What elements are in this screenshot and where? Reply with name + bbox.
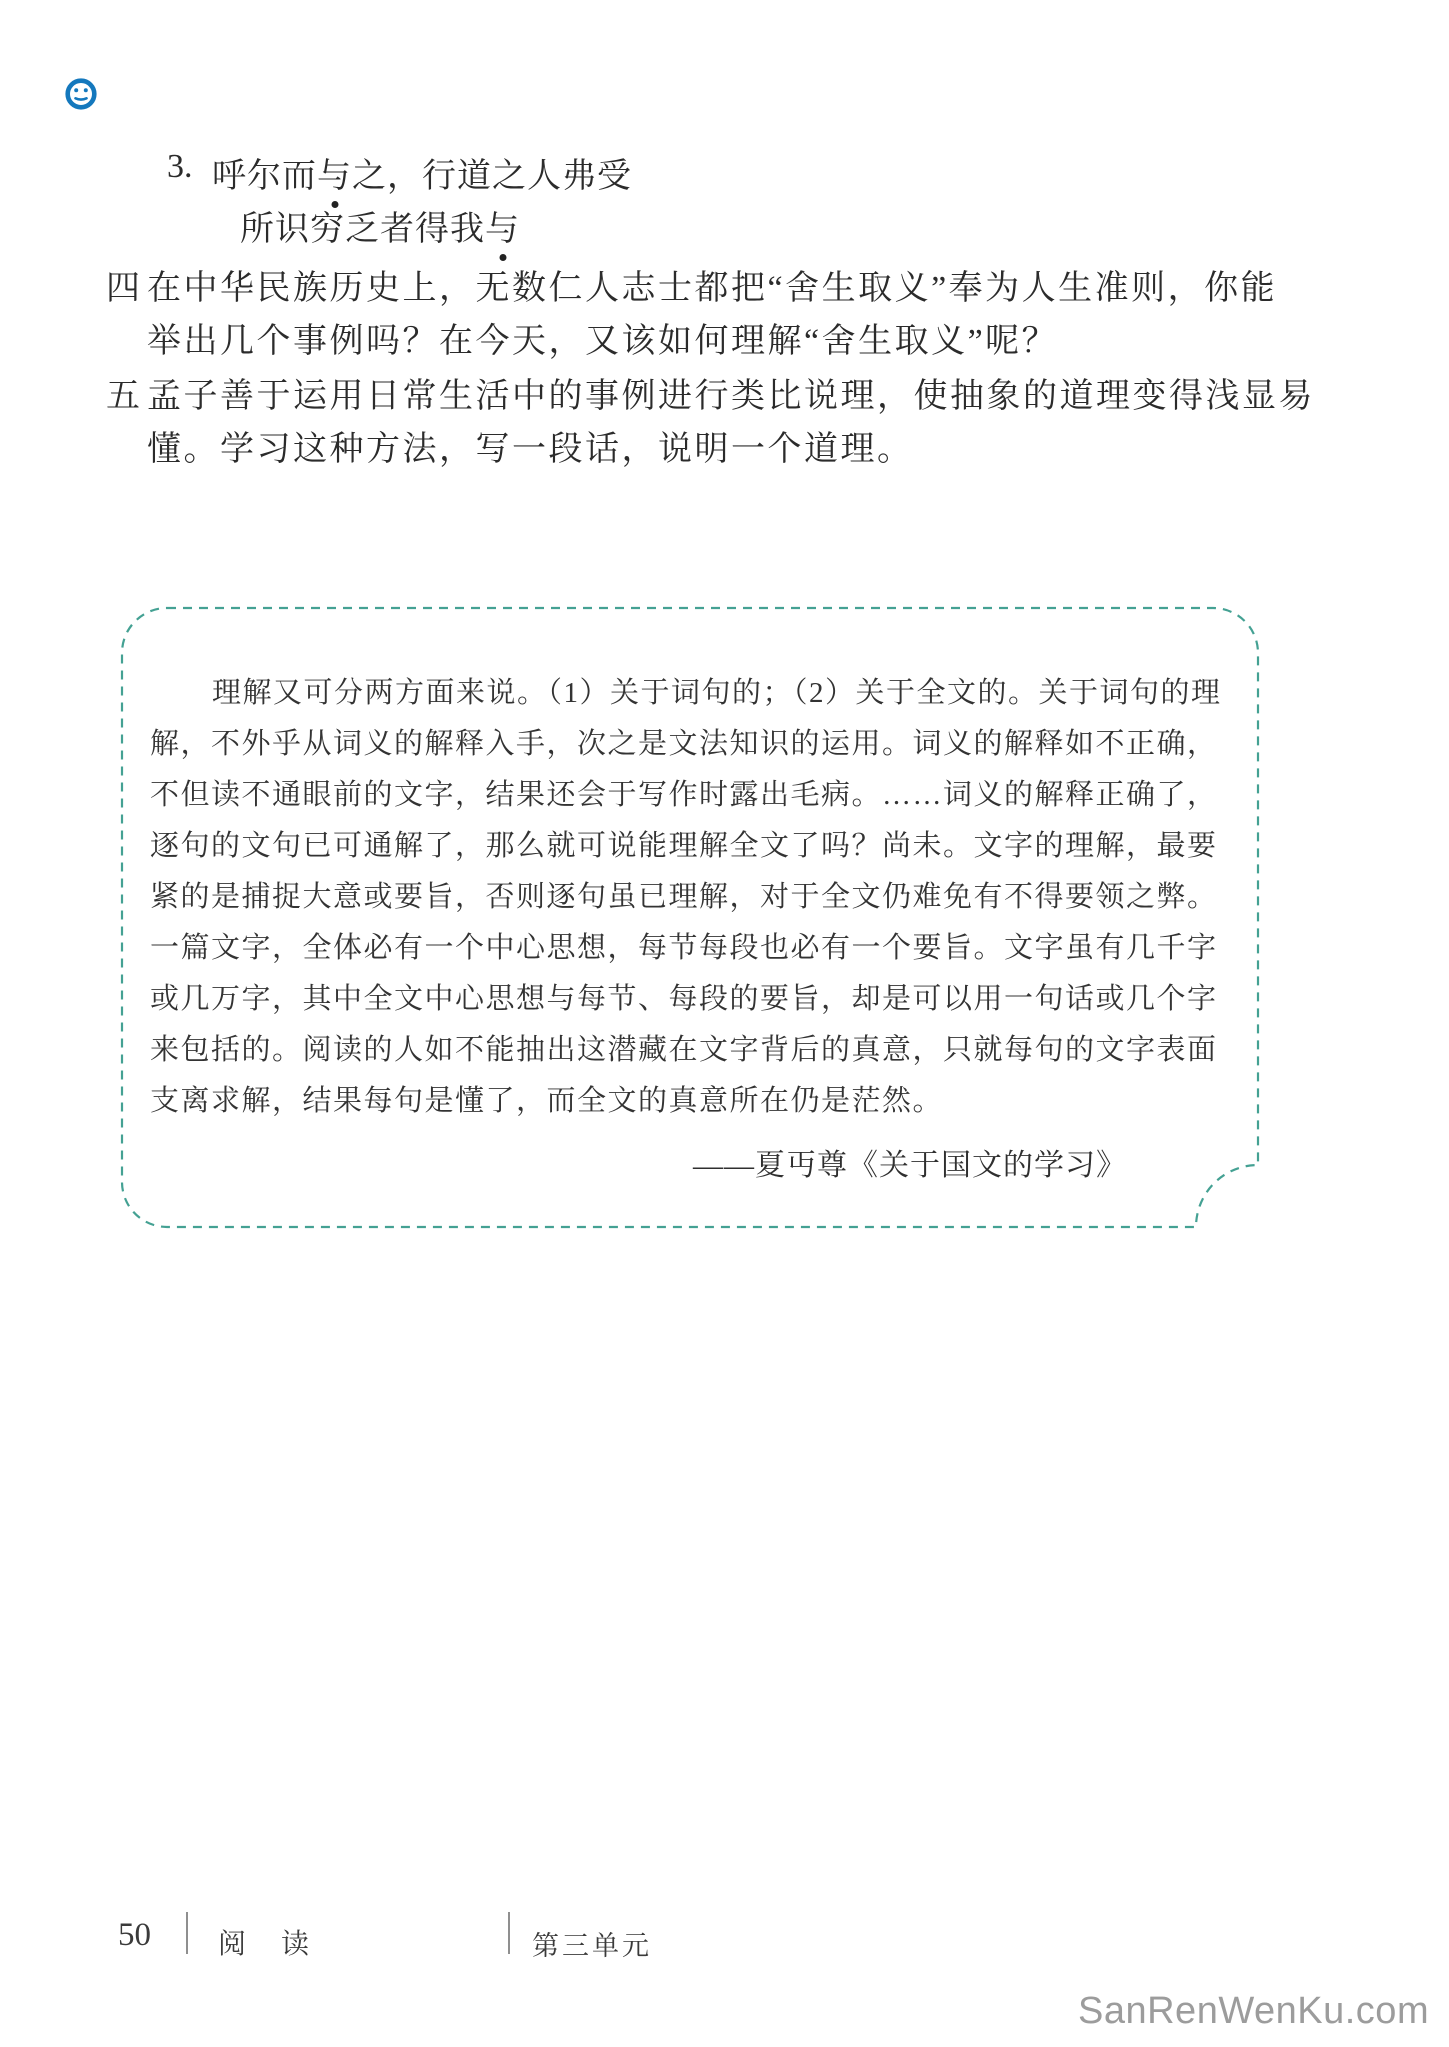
quote-line: 紧的是捕捉大意或要旨，否则逐句虽已理解，对于全文仍难免有不得要领之弊。 xyxy=(150,874,1218,915)
quote-line: 理解又可分两方面来说。（1）关于词句的；（2）关于全文的。关于词句的理 xyxy=(150,670,1222,711)
footer-divider xyxy=(186,1912,188,1954)
page-container: 3. 呼尔而与之，行道之人弗受 所识穷乏者得我与 四 在中华民族历史上，无数仁人… xyxy=(0,0,1449,2047)
quote-line: 来包括的。阅读的人如不能抽出这潜藏在文字背后的真意，只就每句的文字表面 xyxy=(150,1027,1218,1068)
quote-line: 解，不外乎从词义的解释入手，次之是文法知识的运用。词义的解释如不正确， xyxy=(150,721,1218,762)
quote-line: 逐句的文句已可通解了，那么就可说能理解全文了吗？尚未。文字的理解，最要 xyxy=(150,823,1218,864)
quote-box-border xyxy=(0,0,1449,2047)
footer-unit-label: 第三单元 xyxy=(532,1924,652,1963)
quote-attribution: ——夏丏尊《关于国文的学习》 xyxy=(150,1140,1127,1184)
footer-divider xyxy=(508,1912,510,1954)
footer-section-label: 阅 读 xyxy=(218,1922,323,1962)
quote-line: 或几万字，其中全文中心思想与每节、每段的要旨，却是可以用一句话或几个字 xyxy=(150,976,1218,1017)
quote-line: 支离求解，结果每句是懂了，而全文的真意所在仍是茫然。 xyxy=(150,1078,943,1119)
watermark: SanRenWenKu.com xyxy=(1078,1990,1429,2033)
quote-line: 不但读不通眼前的文字，结果还会于写作时露出毛病。……词义的解释正确了， xyxy=(150,772,1218,813)
quote-line: 一篇文字，全体必有一个中心思想，每节每段也必有一个要旨。文字虽有几千字 xyxy=(150,925,1218,966)
page-number: 50 xyxy=(118,1917,151,1954)
